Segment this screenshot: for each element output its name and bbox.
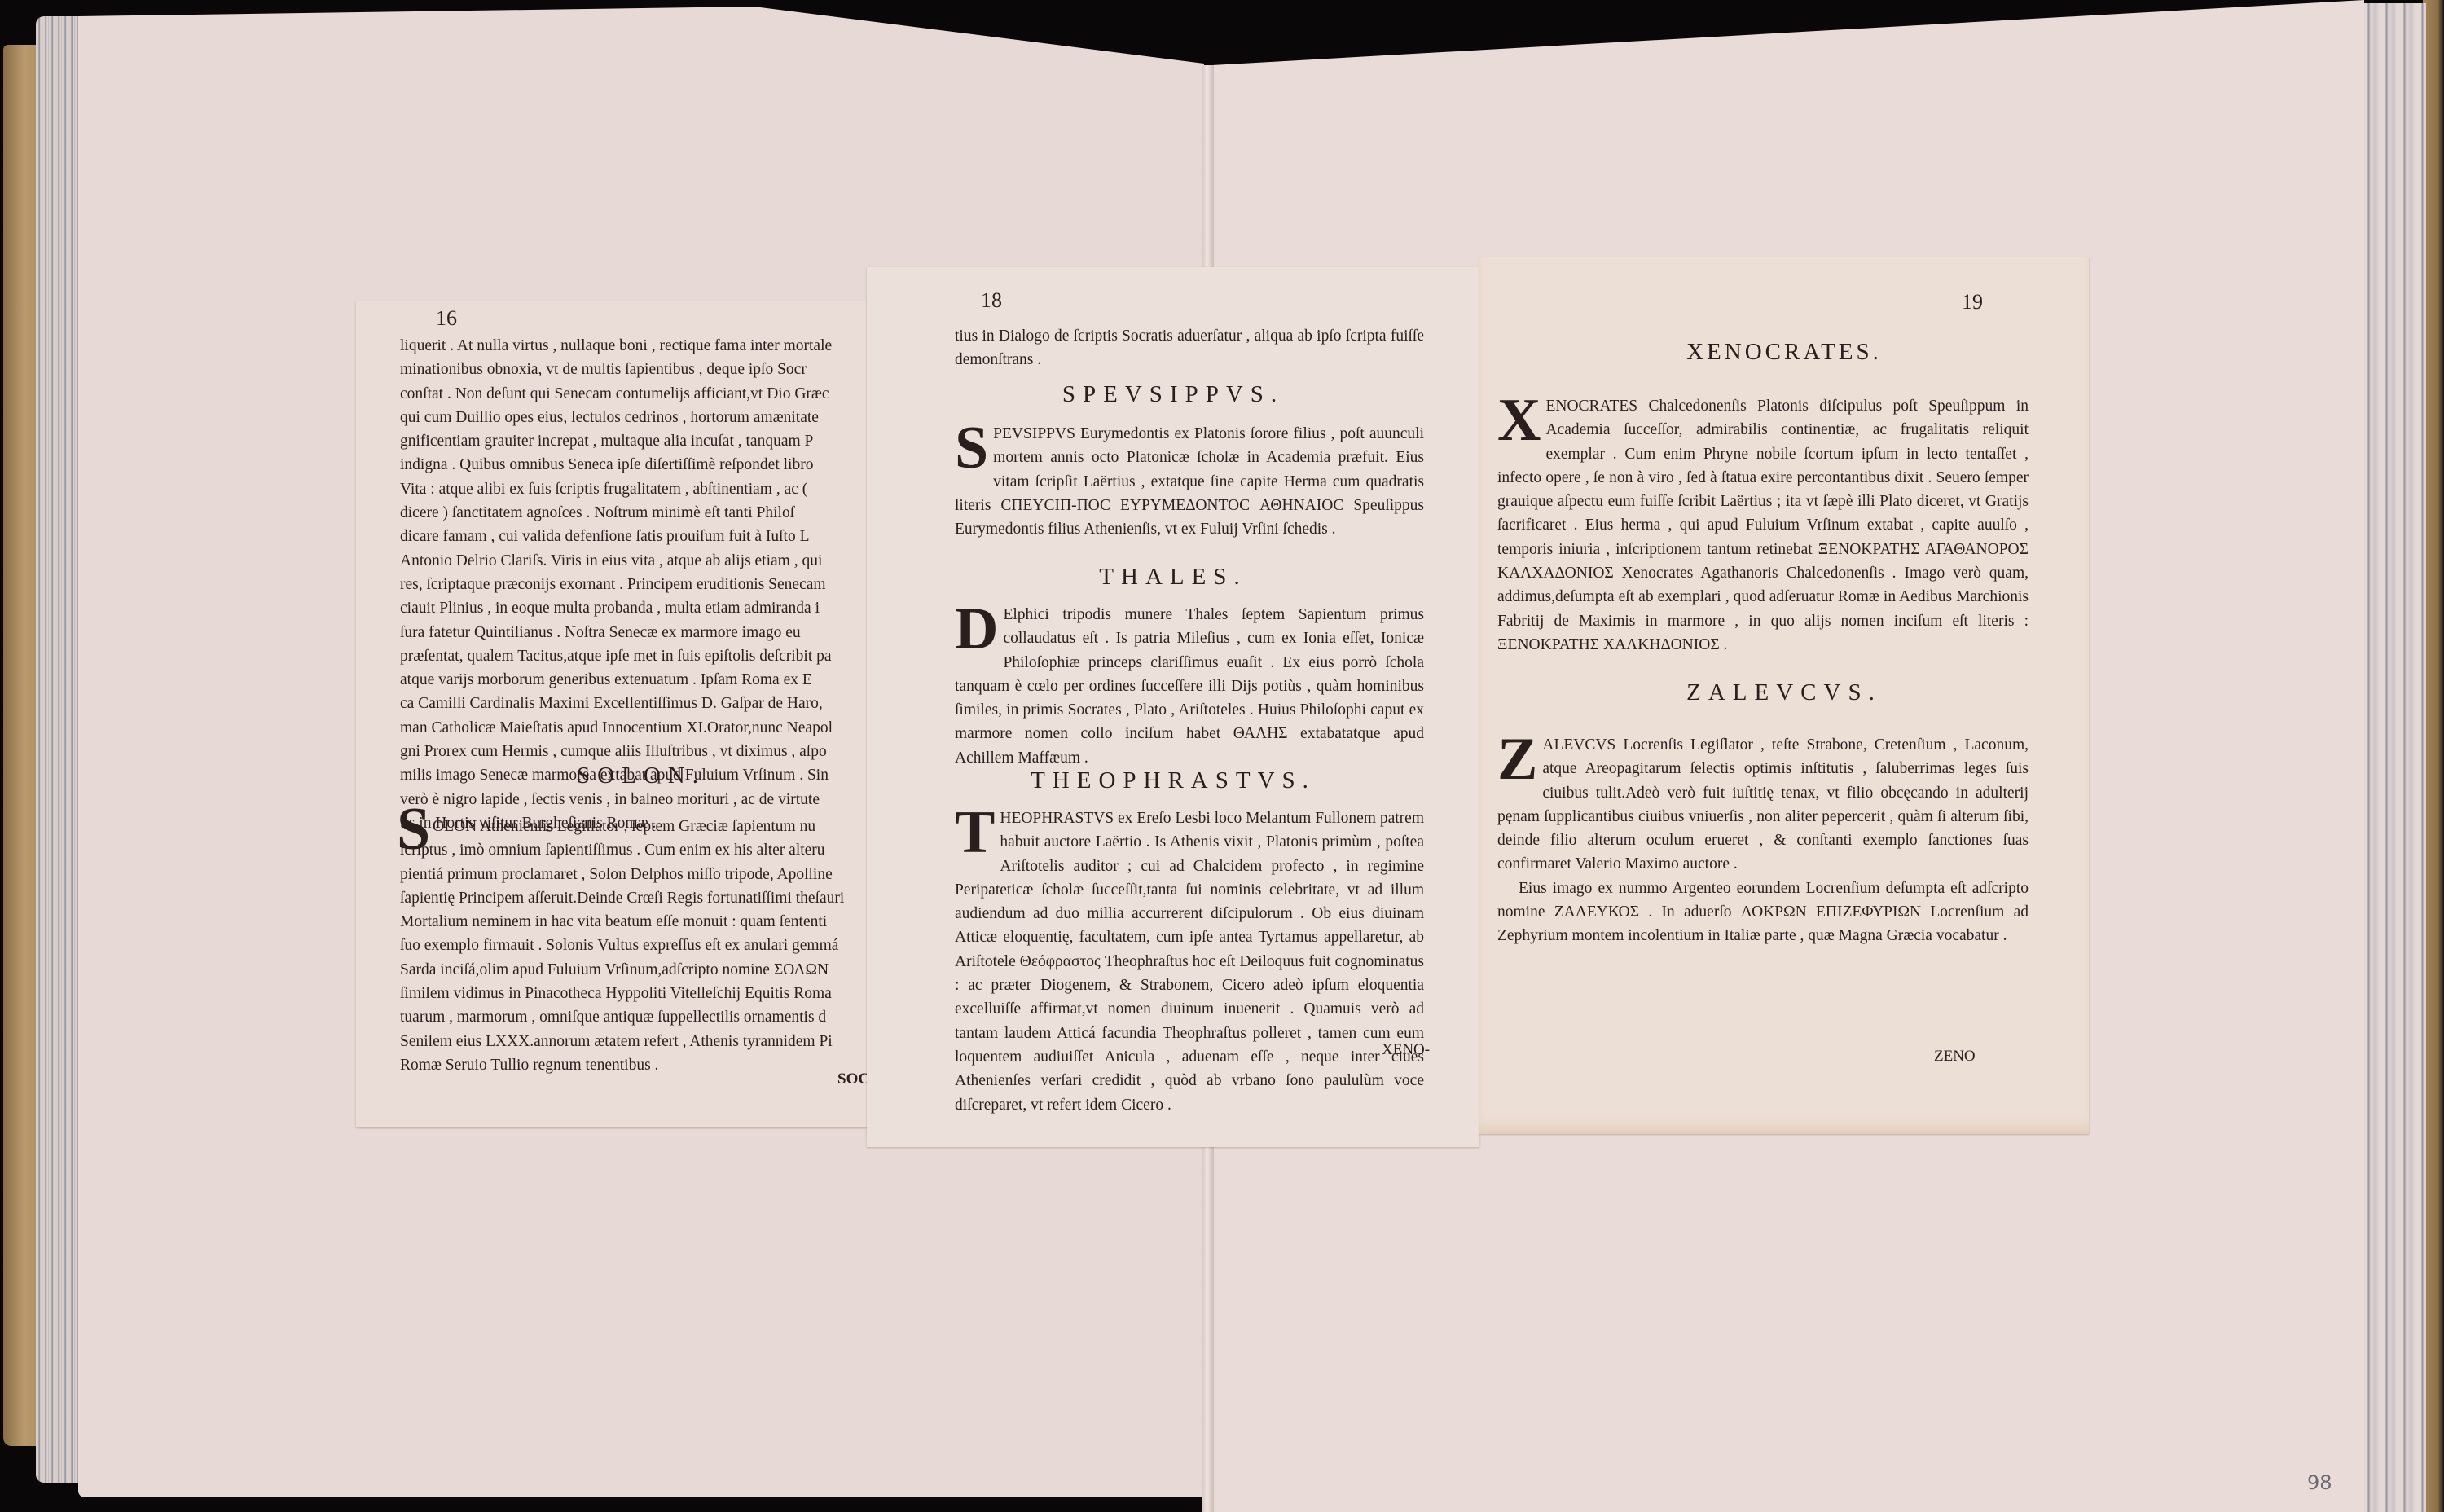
drop-cap: T <box>955 810 995 855</box>
section-heading-thales: THALES. <box>867 564 1479 591</box>
pasted-sheet-page-19: 19 XENOCRATES. XENOCRATES Chalcedonenſis… <box>1479 257 2089 1134</box>
text-line: ſuo exemplo firmauit . Solonis Vultus ex… <box>400 934 881 957</box>
text-line: ſapientię Principem aſſeruit.Deinde Crœſ… <box>400 886 881 910</box>
text-line: Sarda inciſá,olim apud Fuluium Vrſinum,a… <box>400 958 881 982</box>
body-text: ALEVCVS Locrenſis Legiſlator , teſte Str… <box>1497 736 2029 872</box>
text-line: ca Camilli Cardinalis Maximi Excellentiſ… <box>400 692 881 715</box>
body-text: HEOPHRASTVS ex Ereſo Lesbi loco Melantum… <box>955 810 1424 1114</box>
catchword: XENO- <box>1382 1041 1430 1059</box>
body-text: PEVSIPPVS Eurymedontis ex Platonis ſoror… <box>955 425 1424 538</box>
page-number: 19 <box>1962 290 1983 314</box>
pasted-sheet-page-18: 18 tius in Dialogo de ſcriptis Socratis … <box>867 267 1479 1147</box>
text-line: qui cum Duillio opes eius, lectulos cedr… <box>400 406 881 429</box>
text-line: ciauit Plinius , in eoque multa probanda… <box>400 596 881 620</box>
drop-cap: S <box>955 425 988 471</box>
text-block-seneca: liquerit . At nulla virtus , nullaque bo… <box>400 334 881 835</box>
drop-cap: D <box>955 606 998 652</box>
drop-cap: Z <box>1497 736 1537 782</box>
pencil-folio-number: 98 <box>2307 1471 2332 1494</box>
catchword: ZENO <box>1934 1048 1976 1066</box>
pasted-sheet-page-16: 16 liquerit . At nulla virtus , nullaque… <box>356 301 881 1127</box>
body-text: Elphici tripodis munere Thales ſeptem Sa… <box>955 606 1424 767</box>
text-line: Vita : atque alibi ex ſuis ſcriptis frug… <box>400 477 881 501</box>
page-number: 16 <box>436 306 457 331</box>
text-line: Romæ Seruio Tullio regnum tenentibus . <box>400 1053 881 1077</box>
text-line: res, ſcriptaque præconijs exornant . Pri… <box>400 573 881 596</box>
section-heading-xenocrates: XENOCRATES. <box>1479 339 2089 366</box>
text-line: Senilem eius LXXX.annorum ætatem refert … <box>400 1030 881 1053</box>
page-number: 18 <box>981 288 1002 313</box>
text-line: indigna . Quibus omnibus Seneca ipſe diſ… <box>400 453 881 477</box>
text-line: tuarum , marmorum , omniſque antiquæ ſup… <box>400 1005 881 1029</box>
text-line: ſcriptus , imò omnium ſapientiſſimus . C… <box>400 838 881 862</box>
text-line: dicere ) ſanctitatem agnoſces . Noſtrum … <box>400 501 881 525</box>
page-edges-right <box>2361 3 2426 1512</box>
section-heading-zaleucus: ZALEVCVS. <box>1479 679 2089 706</box>
text-line: man Catholicæ Maieſtatis apud Innocentiu… <box>400 716 881 740</box>
text-line: pientiá primum proclamaret , Solon Delph… <box>400 863 881 886</box>
text-line: gni Prorex cum Hermis , cumque aliis Ill… <box>400 740 881 763</box>
text-line: OLON Athenienſis Legiſlator , ſeptem Græ… <box>400 800 881 838</box>
text-line: ſura fatetur Quintilianus . Noſtra Senec… <box>400 621 881 644</box>
text-line: conſtat . Non deſunt qui Senecam contume… <box>400 382 881 406</box>
text-line: ſimilem vidimus in Pinacotheca Hyppoliti… <box>400 982 881 1005</box>
text-line: præſentat, qualem Tacitus,atque ipſe met… <box>400 644 881 668</box>
text-block-zaleucus: ZALEVCVS Locrenſis Legiſlator , teſte St… <box>1497 733 2029 948</box>
section-heading-speusippus: SPEVSIPPVS. <box>867 381 1479 408</box>
section-heading-theophrastus: THEOPHRASTVS. <box>867 767 1479 794</box>
page-edges-left <box>36 16 81 1483</box>
text-block-theophrastus: THEOPHRASTVS ex Ereſo Lesbi loco Melantu… <box>955 807 1424 1117</box>
body-text: Eius imago ex nummo Argenteo eorundem Lo… <box>1497 877 2029 948</box>
text-line: liquerit . At nulla virtus , nullaque bo… <box>400 334 881 358</box>
text-line: atque varijs morborum generibus extenuat… <box>400 668 881 692</box>
intro-text: tius in Dialogo de ſcriptis Socratis adu… <box>955 324 1424 372</box>
text-line: gnificentiam grauiter increpat , multaqu… <box>400 429 881 453</box>
text-block-solon: S OLON Athenienſis Legiſlator , ſeptem G… <box>400 800 881 1077</box>
text-block-xenocrates: XENOCRATES Chalcedonenſis Platonis diſci… <box>1497 394 2029 657</box>
text-line: minationibus obnoxia, vt de multis ſapie… <box>400 358 881 381</box>
text-block-thales: DElphici tripodis munere Thales ſeptem S… <box>955 603 1424 770</box>
text-line: Mortalium neminem in hac vita beatum eſſ… <box>400 910 881 934</box>
drop-cap: S <box>397 807 430 852</box>
section-heading-solon: SOLON. <box>356 763 881 789</box>
text-line: dicare famam , cui valida defenſione ſat… <box>400 525 881 548</box>
text-block-speusippus: SPEVSIPPVS Eurymedontis ex Platonis ſoro… <box>955 422 1424 541</box>
drop-cap: X <box>1497 398 1541 443</box>
body-text: ENOCRATES Chalcedonenſis Platonis diſcip… <box>1497 398 2029 653</box>
text-line: Antonio Delrio Clariſs. Viris in eius vi… <box>400 549 881 573</box>
